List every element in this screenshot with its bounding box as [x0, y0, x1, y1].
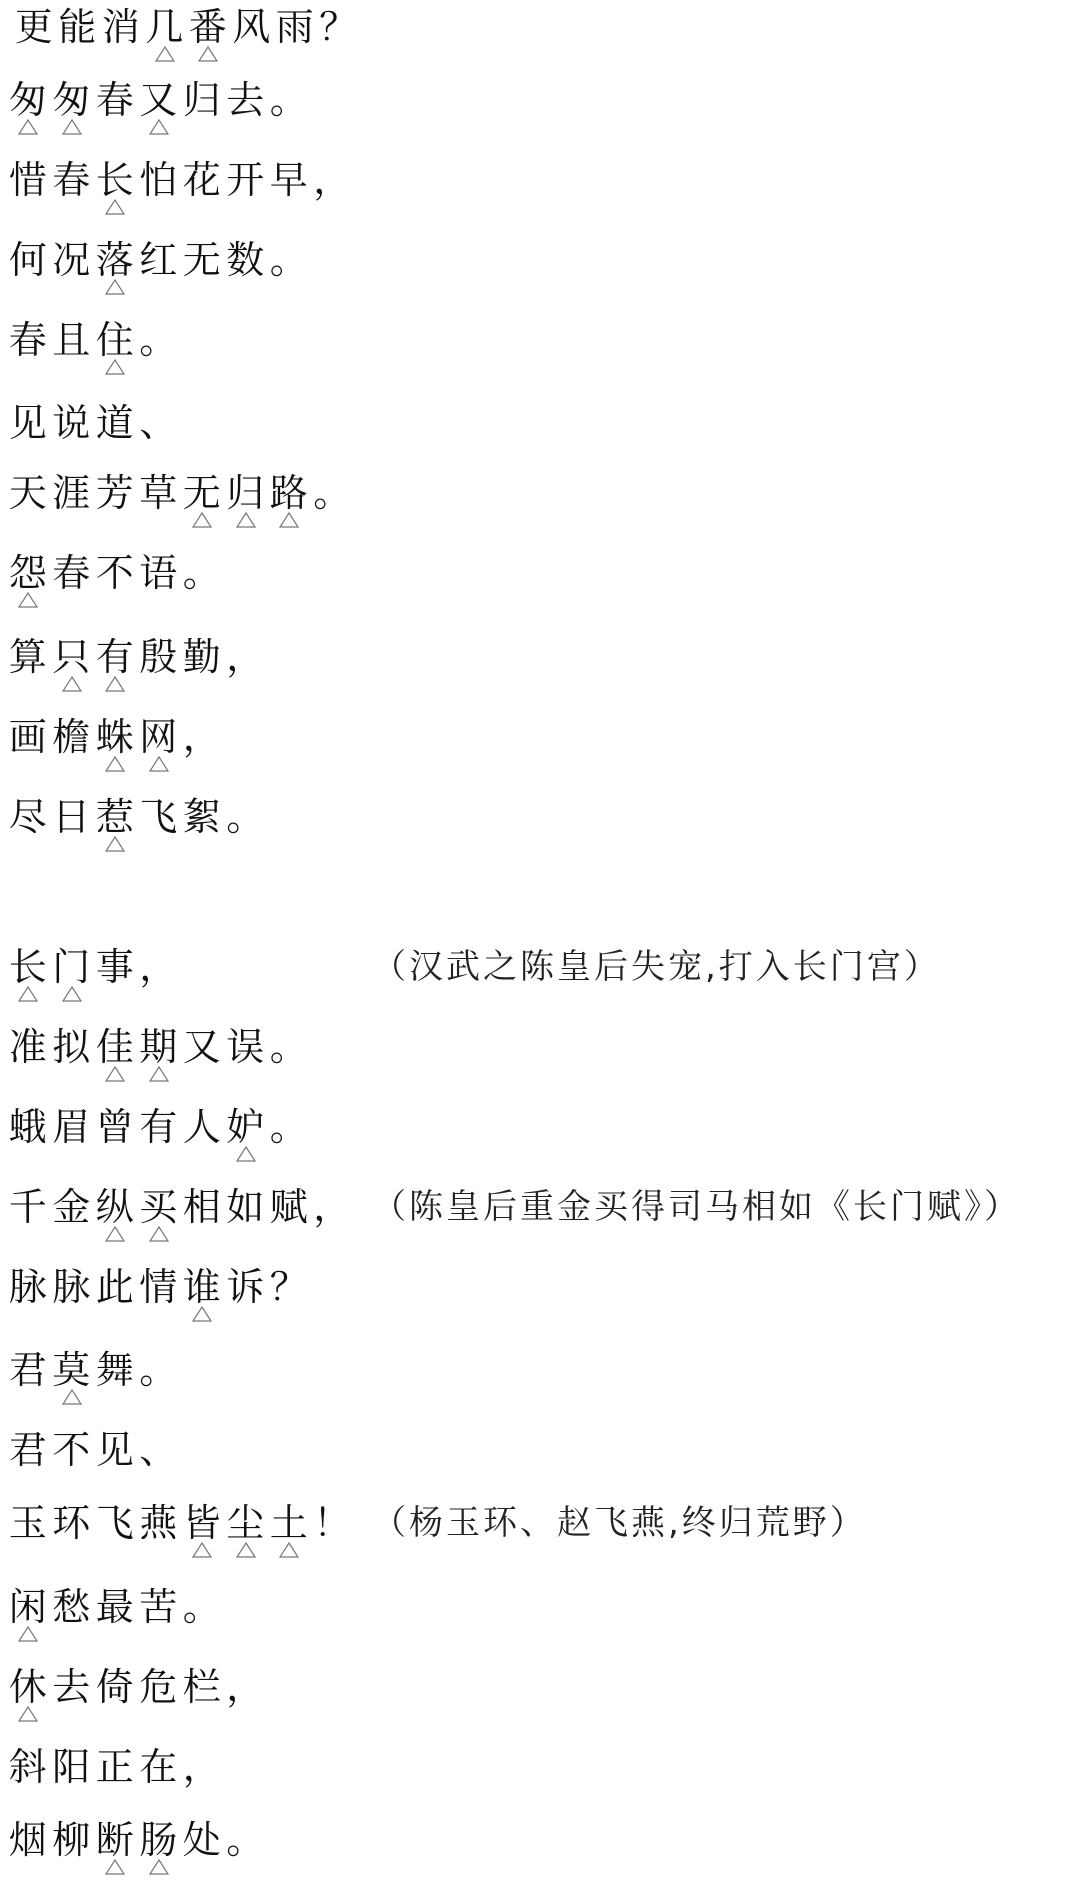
poem-char-cell: 事 [93, 945, 137, 1005]
poem-char-cell: 无 [180, 471, 224, 531]
poem-char: 开 [224, 158, 268, 202]
poem-line: 君不见、 [6, 1428, 180, 1488]
poem-char: 风 [230, 5, 274, 49]
poem-char-cell: ， [224, 1665, 268, 1725]
poem-char: 天 [6, 471, 50, 515]
poem-line: 脉脉此情谁诉？ [6, 1265, 311, 1325]
poem-char: 断 [93, 1818, 137, 1862]
triangle-mark-icon [18, 986, 38, 1002]
poem-char: 愁 [50, 1585, 94, 1629]
triangle-mark-icon [105, 199, 125, 215]
poem-char: 说 [50, 401, 94, 445]
poem-char-cell: 几 [143, 5, 187, 65]
poem-char-cell: 最 [93, 1585, 137, 1645]
poem-char: 。 [224, 795, 268, 839]
poem-char-cell: 栏 [180, 1665, 224, 1725]
poem-char: 殷 [137, 635, 181, 679]
poem-char-cell: 曾 [93, 1105, 137, 1165]
poem-char-cell: 语 [137, 551, 181, 611]
poem-char: 处 [180, 1818, 224, 1862]
poem-char: 如 [224, 1185, 268, 1229]
poem-char-cell: 玉 [6, 1501, 50, 1561]
poem-char-cell: 。 [180, 1585, 224, 1645]
poem-char-cell: 天 [6, 471, 50, 531]
poem-line: 画檐蛛网， [6, 715, 224, 775]
poem-char: 春 [50, 551, 94, 595]
poem-char-cell: 在 [137, 1745, 181, 1805]
triangle-mark-icon [18, 592, 38, 608]
poem-char: 蛾 [6, 1105, 50, 1149]
poem-char: 期 [137, 1025, 181, 1069]
poem-char: 。 [180, 1585, 224, 1629]
poem-char-cell: 期 [137, 1025, 181, 1085]
poem-char-cell: 有 [137, 1105, 181, 1165]
poem-char-cell: 芳 [93, 471, 137, 531]
poem-char-cell: 金 [50, 1185, 94, 1245]
triangle-mark-icon [149, 119, 169, 135]
poem-line: 何况落红无数。 [6, 238, 311, 298]
poem-char-cell: 惹 [93, 795, 137, 855]
poem-char-cell: ！ [311, 1501, 355, 1561]
poem-char-cell: 。 [137, 318, 181, 378]
poem-char: 正 [93, 1745, 137, 1789]
poem-char: ！ [311, 1501, 355, 1545]
poem-char-cell: 雨 [273, 5, 317, 65]
poem-char: 不 [93, 551, 137, 595]
poem-char: 柳 [50, 1818, 94, 1862]
triangle-mark-icon [18, 119, 38, 135]
triangle-mark-icon [62, 676, 82, 692]
poem-char: 雨 [273, 5, 317, 49]
poem-char: 门 [50, 945, 94, 989]
poem-line: 休去倚危栏， [6, 1665, 267, 1725]
poem-char-cell: 见 [6, 401, 50, 461]
poem-char: 飞 [137, 795, 181, 839]
poem-char-cell: ， [224, 635, 268, 695]
annotation-note: （杨玉环、赵飞燕,终归荒野） [372, 1501, 867, 1545]
poem-char-cell: 能 [56, 5, 100, 65]
poem-line: 怨春不语。 [6, 551, 224, 611]
poem-char-cell: 尘 [224, 1501, 268, 1561]
poem-char: 玉 [6, 1501, 50, 1545]
poem-char-cell: 休 [6, 1665, 50, 1725]
poem-char-cell: 脉 [6, 1265, 50, 1325]
poem-char: 不 [50, 1428, 94, 1472]
poem-char: 。 [267, 1025, 311, 1069]
poem-char-cell: 怕 [137, 158, 181, 218]
poem-char: 脉 [6, 1265, 50, 1309]
poem-char: 环 [50, 1501, 94, 1545]
poem-char-cell: 千 [6, 1185, 50, 1245]
poem-char-cell: 况 [50, 238, 94, 298]
poem-char: 人 [180, 1105, 224, 1149]
poem-char: 无 [180, 238, 224, 282]
poem-char-cell: ， [311, 158, 355, 218]
poem-char: 蛛 [93, 715, 137, 759]
poem-char: ， [311, 158, 355, 202]
poem-char-cell: 愁 [50, 1585, 94, 1645]
triangle-mark-icon [105, 1226, 125, 1242]
poem-char-cell: 烟 [6, 1818, 50, 1878]
poem-char: 烟 [6, 1818, 50, 1862]
poem-char-cell: 门 [50, 945, 94, 1005]
poem-char-cell: 无 [180, 238, 224, 298]
poem-char: 君 [6, 1348, 50, 1392]
poem-char: 君 [6, 1428, 50, 1472]
poem-char: 又 [180, 1025, 224, 1069]
poem-char: 草 [137, 471, 181, 515]
poem-char: ， [311, 1185, 355, 1229]
poem-char-cell: 长 [6, 945, 50, 1005]
poem-char-cell: 开 [224, 158, 268, 218]
poem-char-cell: 。 [137, 1348, 181, 1408]
poem-char: 土 [267, 1501, 311, 1545]
poem-char-cell: 。 [224, 795, 268, 855]
poem-char: 。 [137, 318, 181, 362]
poem-char: 。 [311, 471, 355, 515]
triangle-mark-icon [236, 1542, 256, 1558]
poem-line: 君莫舞。 [6, 1348, 180, 1408]
poem-char-cell: 倚 [93, 1665, 137, 1725]
poem-char-cell: 断 [93, 1818, 137, 1878]
poem-char: 。 [224, 1818, 268, 1862]
poem-char: 。 [180, 551, 224, 595]
poem-char: 能 [56, 5, 100, 49]
poem-char-cell: 长 [93, 158, 137, 218]
poem-char-cell: 。 [267, 238, 311, 298]
poem-char: 最 [93, 1585, 137, 1629]
poem-char: 曾 [93, 1105, 137, 1149]
poem-char: 。 [137, 1348, 181, 1392]
poem-char-cell: ？ [317, 5, 361, 65]
poem-char: 消 [99, 5, 143, 49]
poem-char: 舞 [93, 1348, 137, 1392]
triangle-mark-icon [62, 119, 82, 135]
triangle-mark-icon [149, 1859, 169, 1875]
poem-char-cell: 。 [267, 78, 311, 138]
poem-line: 烟柳断肠处。 [6, 1818, 267, 1878]
poem-char: 、 [137, 401, 181, 445]
poem-char-cell: 危 [137, 1665, 181, 1725]
poem-line: 匆匆春又归去。 [6, 78, 311, 138]
triangle-mark-icon [198, 46, 218, 62]
poem-line: 见说道、 [6, 401, 180, 461]
poem-char: 惜 [6, 158, 50, 202]
poem-char-cell: 惜 [6, 158, 50, 218]
poem-line: 准拟佳期又误。 [6, 1025, 311, 1085]
poem-char-cell: 絮 [180, 795, 224, 855]
poem-char: 见 [93, 1428, 137, 1472]
poem-char: 数 [224, 238, 268, 282]
poem-char-cell: 番 [186, 5, 230, 65]
poem-char: 春 [93, 78, 137, 122]
poem-line: 算只有殷勤， [6, 635, 267, 695]
poem-char-cell: 准 [6, 1025, 50, 1085]
poem-char-cell: 佳 [93, 1025, 137, 1085]
poem-char: 尘 [224, 1501, 268, 1545]
poem-char-cell: 算 [6, 635, 50, 695]
poem-char-cell: 环 [50, 1501, 94, 1561]
poem-char-cell: 道 [93, 401, 137, 461]
triangle-mark-icon [18, 1626, 38, 1642]
poem-char-cell: 殷 [137, 635, 181, 695]
poem-char: 。 [267, 238, 311, 282]
poem-char-cell: 拟 [50, 1025, 94, 1085]
poem-char: 相 [180, 1185, 224, 1229]
annotation-note: （陈皇后重金买得司马相如《长门赋》） [372, 1185, 1021, 1229]
poem-char: 纵 [93, 1185, 137, 1229]
poem-char: 诉 [224, 1265, 268, 1309]
poem-char-cell: 土 [267, 1501, 311, 1561]
poem-char: 飞 [93, 1501, 137, 1545]
poem-char: 画 [6, 715, 50, 759]
poem-char: 怕 [137, 158, 181, 202]
poem-char: 燕 [137, 1501, 181, 1545]
poem-char-cell: 又 [180, 1025, 224, 1085]
poem-char: 道 [93, 401, 137, 445]
poem-char-cell: 去 [50, 1665, 94, 1725]
annotation-note: （汉武之陈皇后失宠,打入长门宫） [372, 945, 941, 989]
poem-line: 尽日惹飞絮。 [6, 795, 267, 855]
poem-char-cell: 阳 [50, 1745, 94, 1805]
poem-char: 且 [50, 318, 94, 362]
poem-char: 归 [224, 471, 268, 515]
poem-char: 更 [12, 5, 56, 49]
poem-char: 几 [143, 5, 187, 49]
poem-char: 拟 [50, 1025, 94, 1069]
poem-char-cell: 落 [93, 238, 137, 298]
triangle-mark-icon [279, 512, 299, 528]
poem-char: 。 [267, 78, 311, 122]
poem-char: 路 [267, 471, 311, 515]
poem-char-cell: 妒 [224, 1105, 268, 1165]
poem-line: 长门事， [6, 945, 180, 1005]
poem-char-cell: 涯 [50, 471, 94, 531]
poem-char: 情 [137, 1265, 181, 1309]
triangle-mark-icon [62, 986, 82, 1002]
poem-line: 千金纵买相如赋， [6, 1185, 354, 1245]
poem-char: 勤 [180, 635, 224, 679]
poem-char: 网 [137, 715, 181, 759]
poem-char-cell: 斜 [6, 1745, 50, 1805]
poem-char-cell: 不 [50, 1428, 94, 1488]
poem-char-cell: 蛛 [93, 715, 137, 775]
poem-line: 更能消几番风雨？ [12, 5, 360, 65]
poem-line: 闲愁最苦。 [6, 1585, 224, 1645]
triangle-mark-icon [236, 512, 256, 528]
poem-char-cell: 见 [93, 1428, 137, 1488]
triangle-mark-icon [192, 1542, 212, 1558]
poem-char: 春 [50, 158, 94, 202]
poem-char-cell: 草 [137, 471, 181, 531]
poem-char-cell: 。 [180, 551, 224, 611]
poem-char: 金 [50, 1185, 94, 1229]
poem-char: 在 [137, 1745, 181, 1789]
poem-char: ？ [267, 1265, 311, 1309]
poem-char: 眉 [50, 1105, 94, 1149]
poem-char: 又 [137, 78, 181, 122]
poem-char-cell: 闲 [6, 1585, 50, 1645]
poem-char-cell: 、 [137, 1428, 181, 1488]
poem-char-cell: 舞 [93, 1348, 137, 1408]
poem-char-cell: 纵 [93, 1185, 137, 1245]
poem-char-cell: 且 [50, 318, 94, 378]
poem-char: 怨 [6, 551, 50, 595]
poem-char-cell: 匆 [50, 78, 94, 138]
poem-char-cell: ？ [267, 1265, 311, 1325]
poem-char: ， [137, 945, 181, 989]
poem-char-cell: ， [137, 945, 181, 1005]
poem-char-cell: ， [180, 715, 224, 775]
poem-char: ， [224, 1665, 268, 1709]
poem-char-cell: 莫 [50, 1348, 94, 1408]
poem-line: 惜春长怕花开早， [6, 158, 354, 218]
poem-char: 误 [224, 1025, 268, 1069]
poem-char-cell: 眉 [50, 1105, 94, 1165]
poem-char-cell: 苦 [137, 1585, 181, 1645]
poem-char: 无 [180, 471, 224, 515]
poem-char: 絮 [180, 795, 224, 839]
poem-char-cell: 飞 [137, 795, 181, 855]
poem-char: 脉 [50, 1265, 94, 1309]
poem-char: 去 [50, 1665, 94, 1709]
poem-char-cell: 春 [6, 318, 50, 378]
poem-char: 芳 [93, 471, 137, 515]
poem-char-cell: 又 [137, 78, 181, 138]
poem-char-cell: 花 [180, 158, 224, 218]
poem-line: 玉环飞燕皆尘土！ [6, 1501, 354, 1561]
poem-char: 阳 [50, 1745, 94, 1789]
triangle-mark-icon [149, 1066, 169, 1082]
poem-char-cell: 谁 [180, 1265, 224, 1325]
poem-char-cell: 燕 [137, 1501, 181, 1561]
triangle-mark-icon [236, 1146, 256, 1162]
poem-char: 此 [93, 1265, 137, 1309]
poem-char-cell: 网 [137, 715, 181, 775]
poem-line: 蛾眉曾有人妒。 [6, 1105, 311, 1165]
poem-char: 斜 [6, 1745, 50, 1789]
poem-char: 千 [6, 1185, 50, 1229]
triangle-mark-icon [192, 1306, 212, 1322]
poem-char: 赋 [267, 1185, 311, 1229]
poem-char-cell: 去 [224, 78, 268, 138]
poem-char: 算 [6, 635, 50, 679]
poem-char-cell: 春 [50, 551, 94, 611]
poem-char: ， [224, 635, 268, 679]
poem-char-cell: 不 [93, 551, 137, 611]
poem-char: 谁 [180, 1265, 224, 1309]
poem-char: 。 [267, 1105, 311, 1149]
poem-char: 事 [93, 945, 137, 989]
poem-char-cell: 画 [6, 715, 50, 775]
poem-char: 早 [267, 158, 311, 202]
poem-char-cell: 怨 [6, 551, 50, 611]
poem-char: 、 [137, 1428, 181, 1472]
poem-char: 匆 [50, 78, 94, 122]
poem-line: 天涯芳草无归路。 [6, 471, 354, 531]
poem-char-cell: 风 [230, 5, 274, 65]
triangle-mark-icon [155, 46, 175, 62]
triangle-mark-icon [62, 1389, 82, 1405]
poem-char-cell: 说 [50, 401, 94, 461]
poem-char-cell: 路 [267, 471, 311, 531]
poem-char: 春 [6, 318, 50, 362]
poem-char: 红 [137, 238, 181, 282]
poem-char: 莫 [50, 1348, 94, 1392]
poem-char-cell: 君 [6, 1428, 50, 1488]
poem-char-cell: 柳 [50, 1818, 94, 1878]
poem-char-cell: ， [311, 1185, 355, 1245]
poem-char-cell: 脉 [50, 1265, 94, 1325]
poem-char-cell: 赋 [267, 1185, 311, 1245]
poem-char: 只 [50, 635, 94, 679]
poem-char-cell: 更 [12, 5, 56, 65]
poem-char: 长 [93, 158, 137, 202]
poem-char: 栏 [180, 1665, 224, 1709]
poem-char: 匆 [6, 78, 50, 122]
poem-char: 长 [6, 945, 50, 989]
poem-char-cell: 有 [93, 635, 137, 695]
poem-char: 归 [180, 78, 224, 122]
poem-char-cell: 蛾 [6, 1105, 50, 1165]
triangle-mark-icon [18, 1706, 38, 1722]
poem-char: ？ [317, 5, 361, 49]
poem-char-cell: 住 [93, 318, 137, 378]
poem-char-cell: 红 [137, 238, 181, 298]
poem-char-cell: ， [180, 1745, 224, 1805]
poem-char-cell: 日 [50, 795, 94, 855]
poem-char: 闲 [6, 1585, 50, 1629]
poem-char: 苦 [137, 1585, 181, 1629]
triangle-mark-icon [192, 512, 212, 528]
triangle-mark-icon [279, 1542, 299, 1558]
poem-char: 尽 [6, 795, 50, 839]
poem-char-cell: 尽 [6, 795, 50, 855]
poem-line: 斜阳正在， [6, 1745, 224, 1805]
triangle-mark-icon [105, 279, 125, 295]
poem-char: 住 [93, 318, 137, 362]
poem-char-cell: 诉 [224, 1265, 268, 1325]
poem-char-cell: 归 [180, 78, 224, 138]
triangle-mark-icon [105, 1066, 125, 1082]
poem-char-cell: 何 [6, 238, 50, 298]
poem-char: 肠 [137, 1818, 181, 1862]
poem-char: 皆 [180, 1501, 224, 1545]
poem-char-cell: 误 [224, 1025, 268, 1085]
poem-char-cell: 早 [267, 158, 311, 218]
poem-char-cell: 处 [180, 1818, 224, 1878]
poem-char: 落 [93, 238, 137, 282]
triangle-mark-icon [105, 1859, 125, 1875]
poem-char: 惹 [93, 795, 137, 839]
poem-char: 日 [50, 795, 94, 839]
poem-char-cell: 皆 [180, 1501, 224, 1561]
poem-line: 春且住。 [6, 318, 180, 378]
poem-char: 买 [137, 1185, 181, 1229]
poem-char-cell: 。 [224, 1818, 268, 1878]
poem-char-cell: 勤 [180, 635, 224, 695]
poem-char-cell: 、 [137, 401, 181, 461]
poem-char: 休 [6, 1665, 50, 1709]
poem-char: ， [180, 1745, 224, 1789]
poem-char: 佳 [93, 1025, 137, 1069]
poem-char-cell: 。 [267, 1105, 311, 1165]
poem-char: 花 [180, 158, 224, 202]
triangle-mark-icon [105, 676, 125, 692]
poem-char-cell: 正 [93, 1745, 137, 1805]
poem-char: 檐 [50, 715, 94, 759]
poem-char: 涯 [50, 471, 94, 515]
